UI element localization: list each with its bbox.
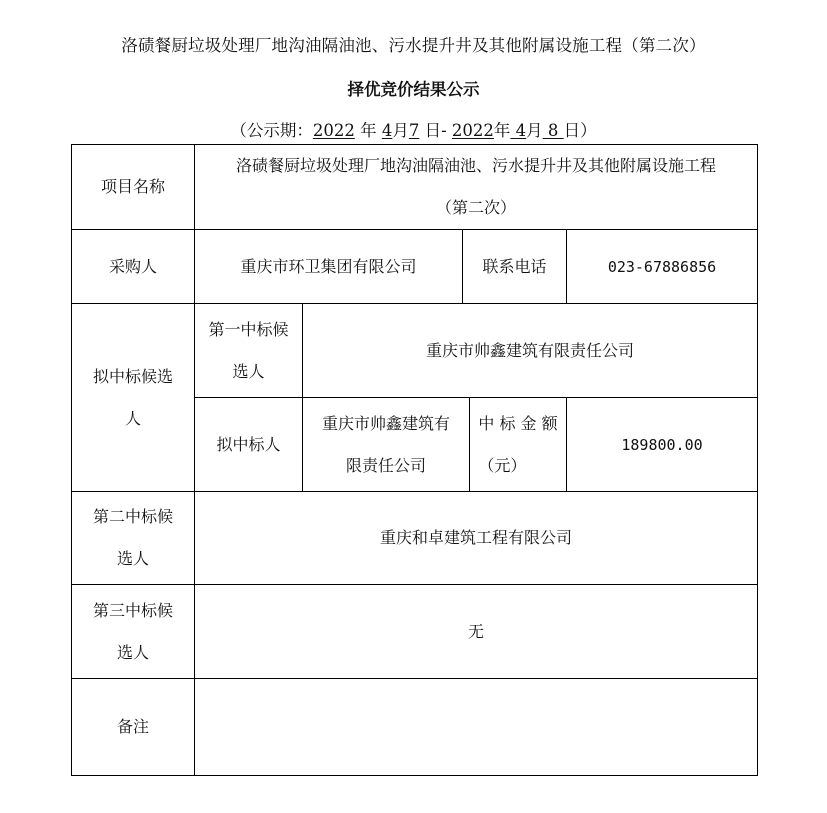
contact-label: 联系电话 bbox=[482, 246, 546, 288]
remarks-label-cell: 备注 bbox=[71, 678, 195, 776]
purchaser-value-cell: 重庆市环卫集团有限公司 bbox=[194, 229, 463, 304]
year-label: 年 bbox=[360, 121, 377, 140]
end-day: 8 bbox=[543, 121, 564, 140]
start-month: 4 bbox=[382, 121, 393, 140]
end-month: 4 bbox=[510, 121, 526, 140]
period-suffix: 日） bbox=[564, 121, 597, 140]
proposed-winner-label-cell: 拟中标人 bbox=[194, 397, 303, 492]
project-name-value-cell: 洛碛餐厨垃圾处理厂地沟油隔油池、污水提升井及其他附属设施工程 （第二次） bbox=[194, 144, 758, 230]
first-candidate-value-cell: 重庆市帅鑫建筑有限责任公司 bbox=[302, 303, 758, 398]
month-label: 月 bbox=[526, 121, 543, 140]
start-day: 7 bbox=[409, 121, 420, 140]
end-year: 2022 bbox=[452, 121, 494, 140]
third-candidate-value-cell: 无 bbox=[194, 584, 758, 679]
proposed-winner-label: 拟中标人 bbox=[216, 424, 280, 466]
third-candidate-value: 无 bbox=[468, 611, 484, 653]
first-candidate-label-line2: 选人 bbox=[208, 351, 288, 393]
second-candidate-value-cell: 重庆和卓建筑工程有限公司 bbox=[194, 491, 758, 585]
month-label: 月 bbox=[392, 121, 409, 140]
contact-label-cell: 联系电话 bbox=[462, 229, 567, 304]
purchaser-value: 重庆市环卫集团有限公司 bbox=[240, 246, 416, 288]
project-name-line2: （第二次） bbox=[236, 187, 716, 229]
candidates-label-cell: 拟中标候选 人 bbox=[71, 303, 195, 492]
bid-amount-label-line2: （元） bbox=[478, 445, 557, 487]
first-candidate-value: 重庆市帅鑫建筑有限责任公司 bbox=[426, 330, 634, 372]
day-separator: 日- bbox=[425, 121, 447, 140]
bid-amount-value-cell: 189800.00 bbox=[566, 397, 758, 492]
start-year: 2022 bbox=[313, 121, 355, 140]
bid-amount-label-line1: 中 标 金 额 bbox=[478, 403, 557, 445]
third-candidate-label-line1: 第三中标候 bbox=[93, 590, 173, 632]
project-name-label: 项目名称 bbox=[101, 166, 165, 208]
announcement-period: （公示期：2022 年 4月7 日- 2022年 4月 8 日） bbox=[0, 117, 827, 141]
second-candidate-label-line1: 第二中标候 bbox=[93, 496, 173, 538]
project-name-line1: 洛碛餐厨垃圾处理厂地沟油隔油池、污水提升井及其他附属设施工程 bbox=[236, 145, 716, 187]
document-title: 洛碛餐厨垃圾处理厂地沟油隔油池、污水提升井及其他附属设施工程（第二次） bbox=[0, 32, 827, 56]
candidates-label-line2: 人 bbox=[93, 398, 173, 440]
second-candidate-label-cell: 第二中标候 选人 bbox=[71, 491, 195, 585]
project-name-label-cell: 项目名称 bbox=[71, 144, 195, 230]
first-candidate-label-cell: 第一中标候 选人 bbox=[194, 303, 303, 398]
proposed-winner-line2: 限责任公司 bbox=[322, 445, 450, 487]
document-subtitle: 择优竞价结果公示 bbox=[0, 76, 827, 100]
purchaser-label-cell: 采购人 bbox=[71, 229, 195, 304]
contact-value-cell: 023-67886856 bbox=[566, 229, 758, 304]
third-candidate-label-line2: 选人 bbox=[93, 632, 173, 674]
proposed-winner-line1: 重庆市帅鑫建筑有 bbox=[322, 403, 450, 445]
remarks-label: 备注 bbox=[117, 706, 149, 748]
first-candidate-label-line1: 第一中标候 bbox=[208, 309, 288, 351]
bid-amount-value: 189800.00 bbox=[621, 424, 702, 466]
contact-value: 023-67886856 bbox=[608, 246, 716, 288]
third-candidate-label-cell: 第三中标候 选人 bbox=[71, 584, 195, 679]
bid-amount-label-cell: 中 标 金 额 （元） bbox=[469, 397, 567, 492]
proposed-winner-value-cell: 重庆市帅鑫建筑有 限责任公司 bbox=[302, 397, 470, 492]
remarks-value-cell bbox=[194, 678, 758, 776]
second-candidate-value: 重庆和卓建筑工程有限公司 bbox=[380, 517, 572, 559]
period-prefix: （公示期： bbox=[230, 121, 313, 140]
purchaser-label: 采购人 bbox=[109, 246, 157, 288]
candidates-label-line1: 拟中标候选 bbox=[93, 356, 173, 398]
second-candidate-label-line2: 选人 bbox=[93, 538, 173, 580]
year-label: 年 bbox=[494, 121, 511, 140]
